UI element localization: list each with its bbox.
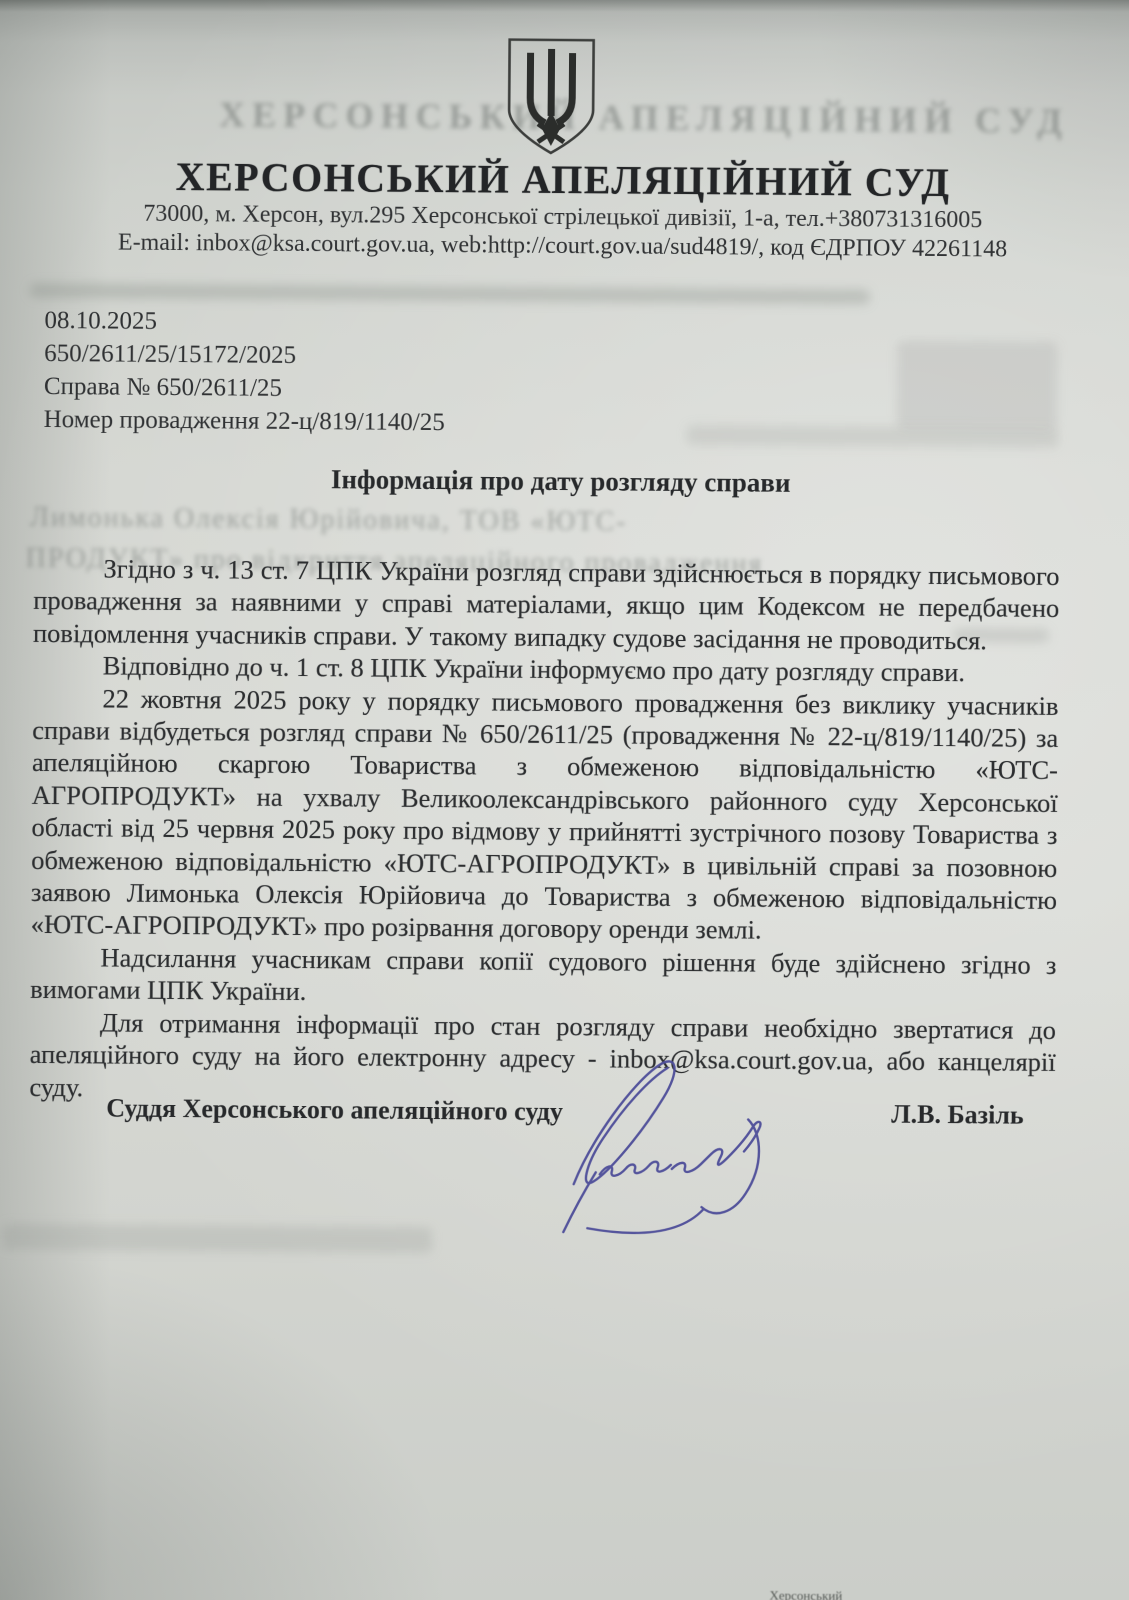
letter-sheet: ХЕРСОНСЬКИЙ АПЕЛЯЦІЙНИЙ СУД ХЕРСОНСЬКИЙ … — [0, 0, 1129, 1600]
scanned-document-page: ХЕРСОНСЬКИЙ АПЕЛЯЦІЙНИЙ СУД ХЕРСОНСЬКИЙ … — [0, 0, 1129, 1600]
reference-block: 08.10.2025 650/2611/25/15172/2025 Справа… — [44, 304, 446, 439]
handwritten-signature — [535, 1022, 777, 1239]
court-name-heading: ХЕРСОНСЬКИЙ АПЕЛЯЦІЙНИЙ СУД — [0, 152, 1128, 208]
ukraine-trident-icon — [505, 36, 598, 159]
judge-position-label: Суддя Херсонського апеляційного суду — [106, 1093, 563, 1127]
paragraph: Згідно з ч. 13 ст. 7 ЦПК України розгляд… — [33, 552, 1060, 657]
paragraph: 22 жовтня 2025 року у порядку письмового… — [31, 682, 1059, 949]
document-title: Інформація про дату розгляду справи — [0, 462, 1125, 502]
paragraph: Надсилання учасникам справи копії судово… — [30, 941, 1056, 1014]
case-number: Справа № 650/2611/25 — [44, 370, 445, 406]
outgoing-number: 650/2611/25/15172/2025 — [44, 337, 445, 373]
bleed-through-header-text: ХЕРСОНСЬКИЙ АПЕЛЯЦІЙНИЙ СУД — [184, 93, 1104, 142]
scan-smudge — [687, 425, 1059, 448]
scan-smudge — [30, 283, 870, 305]
document-date: 08.10.2025 — [44, 304, 445, 340]
scan-smudge — [897, 341, 1058, 430]
judge-name: Л.В. Базіль — [891, 1100, 1024, 1131]
scan-smudge — [2, 1224, 432, 1253]
bleed-through-text-line: Лимонька Олексія Юрійовича, ТОВ «ЮТС- — [30, 502, 820, 540]
footer-bleed-text: Херсонський — [769, 1588, 842, 1600]
proceeding-number: Номер провадження 22-ц/819/1140/25 — [44, 403, 445, 439]
